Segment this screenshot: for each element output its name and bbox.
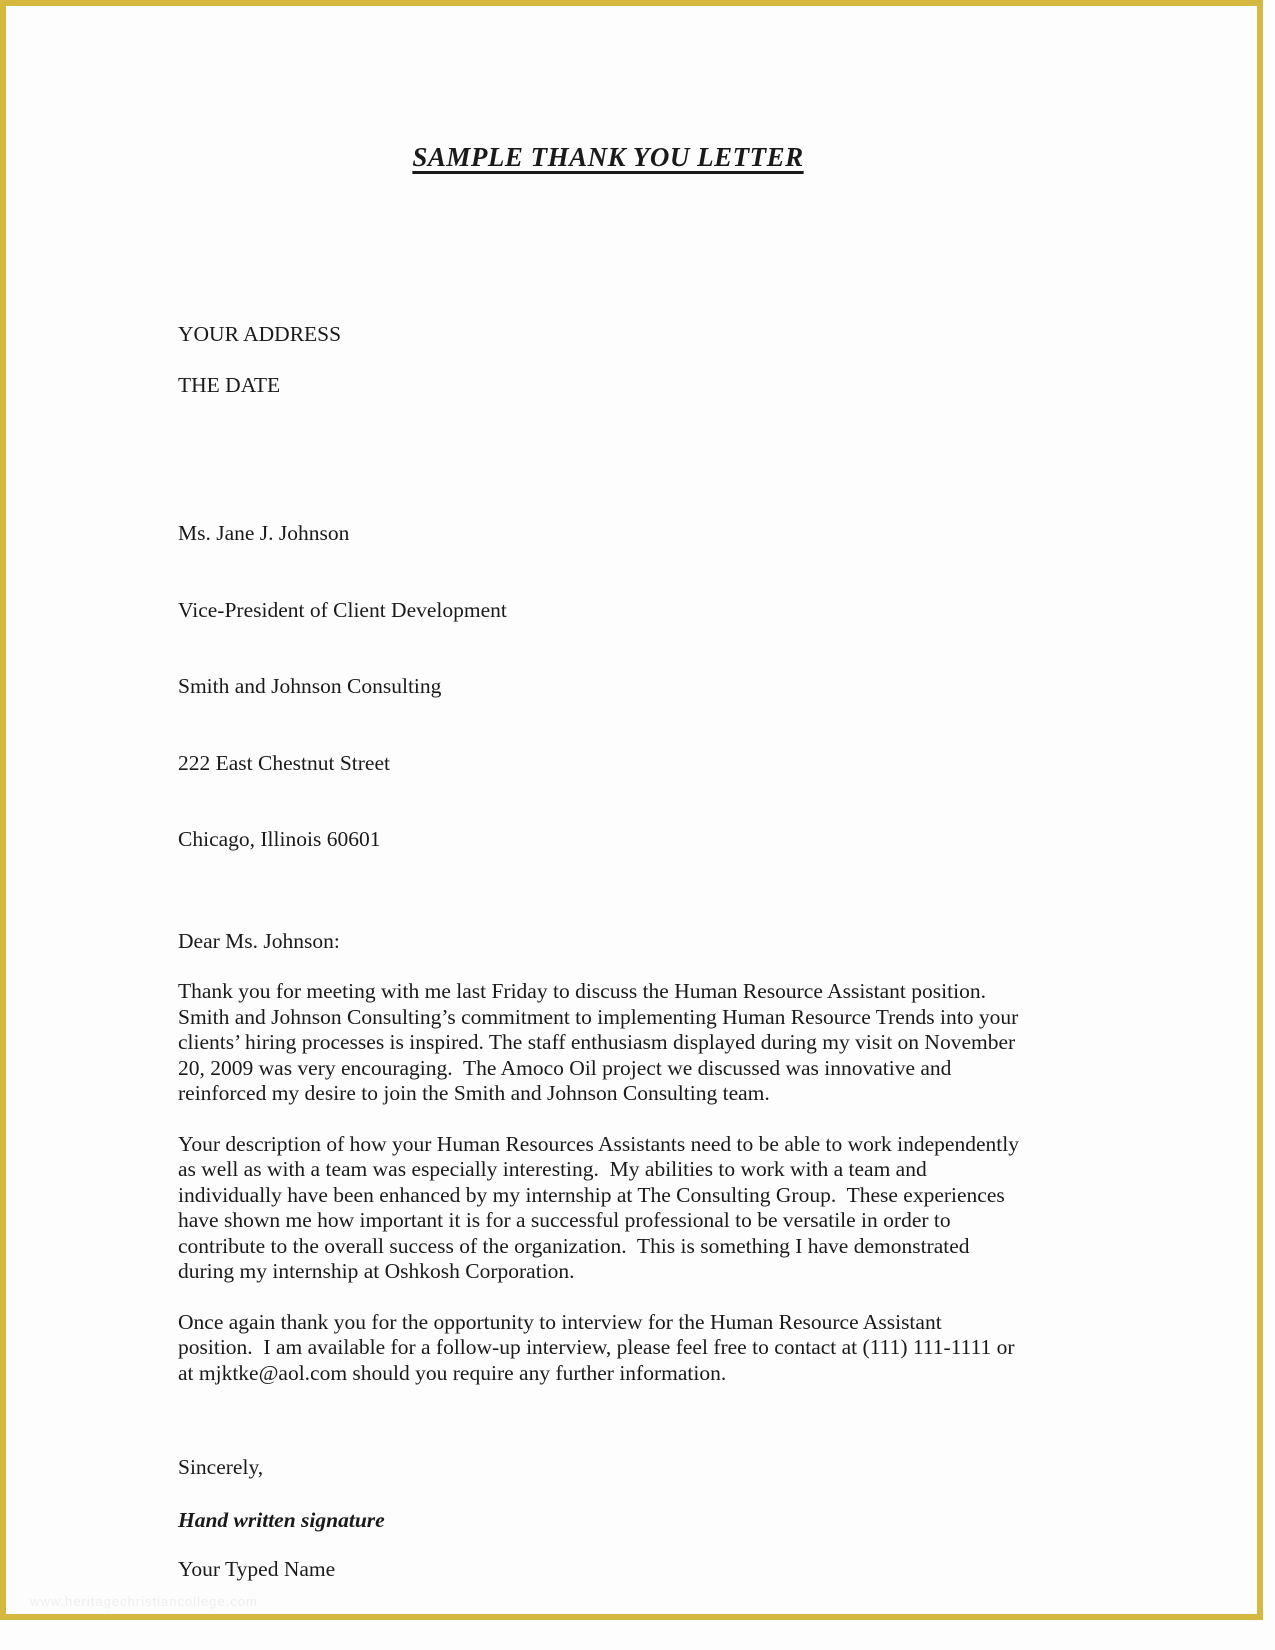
letter-date: THE DATE [178, 373, 1038, 399]
letter-page: SAMPLE THANK YOU LETTER YOUR ADDRESS THE… [0, 0, 1275, 1650]
handwritten-signature: Hand written signature [178, 1508, 1038, 1534]
typed-name: Your Typed Name [178, 1557, 1038, 1583]
recipient-job-title: Vice-President of Client Development [178, 598, 1038, 624]
closing: Sincerely, [178, 1455, 1038, 1481]
letter-content: SAMPLE THANK YOU LETTER YOUR ADDRESS THE… [178, 140, 1038, 1583]
body-paragraph-1: Thank you for meeting with me last Frida… [178, 979, 1038, 1107]
letter-title: SAMPLE THANK YOU LETTER [178, 140, 1038, 174]
recipient-city: Chicago, Illinois 60601 [178, 827, 1038, 853]
salutation: Dear Ms. Johnson: [178, 929, 1038, 955]
recipient-name: Ms. Jane J. Johnson [178, 521, 1038, 547]
watermark: www.heritagechristiancollege.com [30, 1594, 258, 1609]
body-paragraph-2: Your description of how your Human Resou… [178, 1132, 1038, 1285]
recipient-address: Ms. Jane J. Johnson Vice-President of Cl… [178, 470, 1038, 904]
body-paragraph-3: Once again thank you for the opportunity… [178, 1310, 1038, 1387]
recipient-street: 222 East Chestnut Street [178, 751, 1038, 777]
sender-address: YOUR ADDRESS [178, 322, 1038, 348]
recipient-company: Smith and Johnson Consulting [178, 674, 1038, 700]
